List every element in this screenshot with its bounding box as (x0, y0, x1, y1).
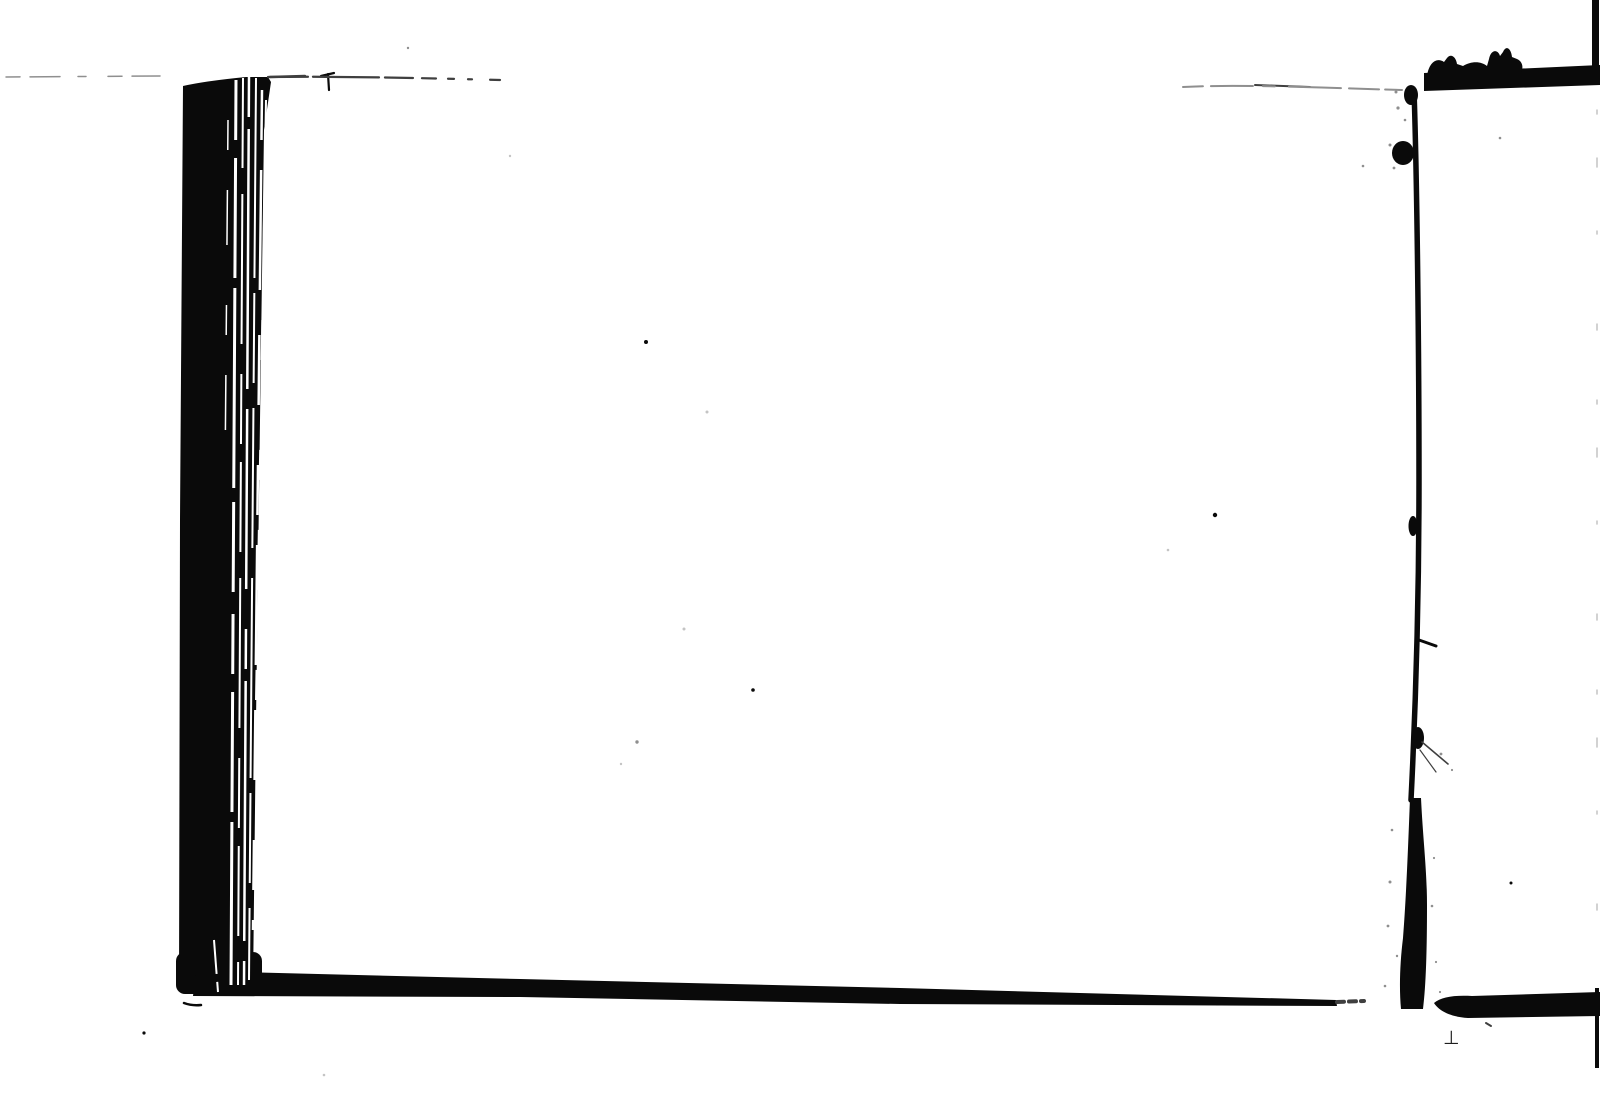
gutter-fuzz (1435, 961, 1437, 963)
gutter-fuzz (1391, 829, 1394, 832)
dust-speck (407, 47, 409, 49)
dust-speck (751, 688, 755, 692)
dust-speck (1213, 513, 1217, 517)
dust-speck (1499, 137, 1502, 140)
gutter-fuzz (1451, 769, 1453, 771)
dust-speck (1362, 165, 1365, 168)
gutter-fuzz (1431, 905, 1434, 908)
bottom-bar-tail (1337, 1001, 1364, 1002)
gutter-fuzz (1389, 144, 1392, 147)
gutter-fuzz (1389, 881, 1392, 884)
right-page-bottom-edge-bar (1434, 992, 1600, 1018)
gutter-ink-blob (1392, 141, 1414, 165)
dust-speck (620, 763, 622, 765)
scan-edge-line-top (1592, 0, 1599, 80)
gutter-fuzz (1395, 91, 1398, 94)
dust-speck (1510, 882, 1513, 885)
gutter-fuzz (1439, 991, 1441, 993)
dust-speck (706, 411, 709, 414)
gutter-fuzz (1433, 857, 1435, 859)
gutter-fuzz (1396, 955, 1398, 957)
gutter-fuzz (1384, 985, 1387, 988)
gutter-fuzz (1404, 119, 1407, 122)
dust-speck (635, 740, 638, 743)
dust-speck (1167, 549, 1170, 552)
left-page-top-edge-dark-segment (270, 76, 305, 77)
gutter-fuzz (1387, 925, 1390, 928)
gutter-fuzz (1396, 106, 1399, 109)
dust-speck (142, 1031, 145, 1034)
scan-artwork (0, 0, 1600, 1118)
dust-speck (683, 628, 686, 631)
gutter-fuzz (1393, 167, 1396, 170)
tack-mark: ⊥ (1443, 1029, 1460, 1048)
gutter-fuzz (1440, 753, 1443, 756)
dust-speck (323, 1074, 326, 1077)
dust-speck (509, 155, 511, 157)
scanned-book-page: ⊥ (0, 0, 1600, 1118)
dust-speck (644, 340, 648, 344)
